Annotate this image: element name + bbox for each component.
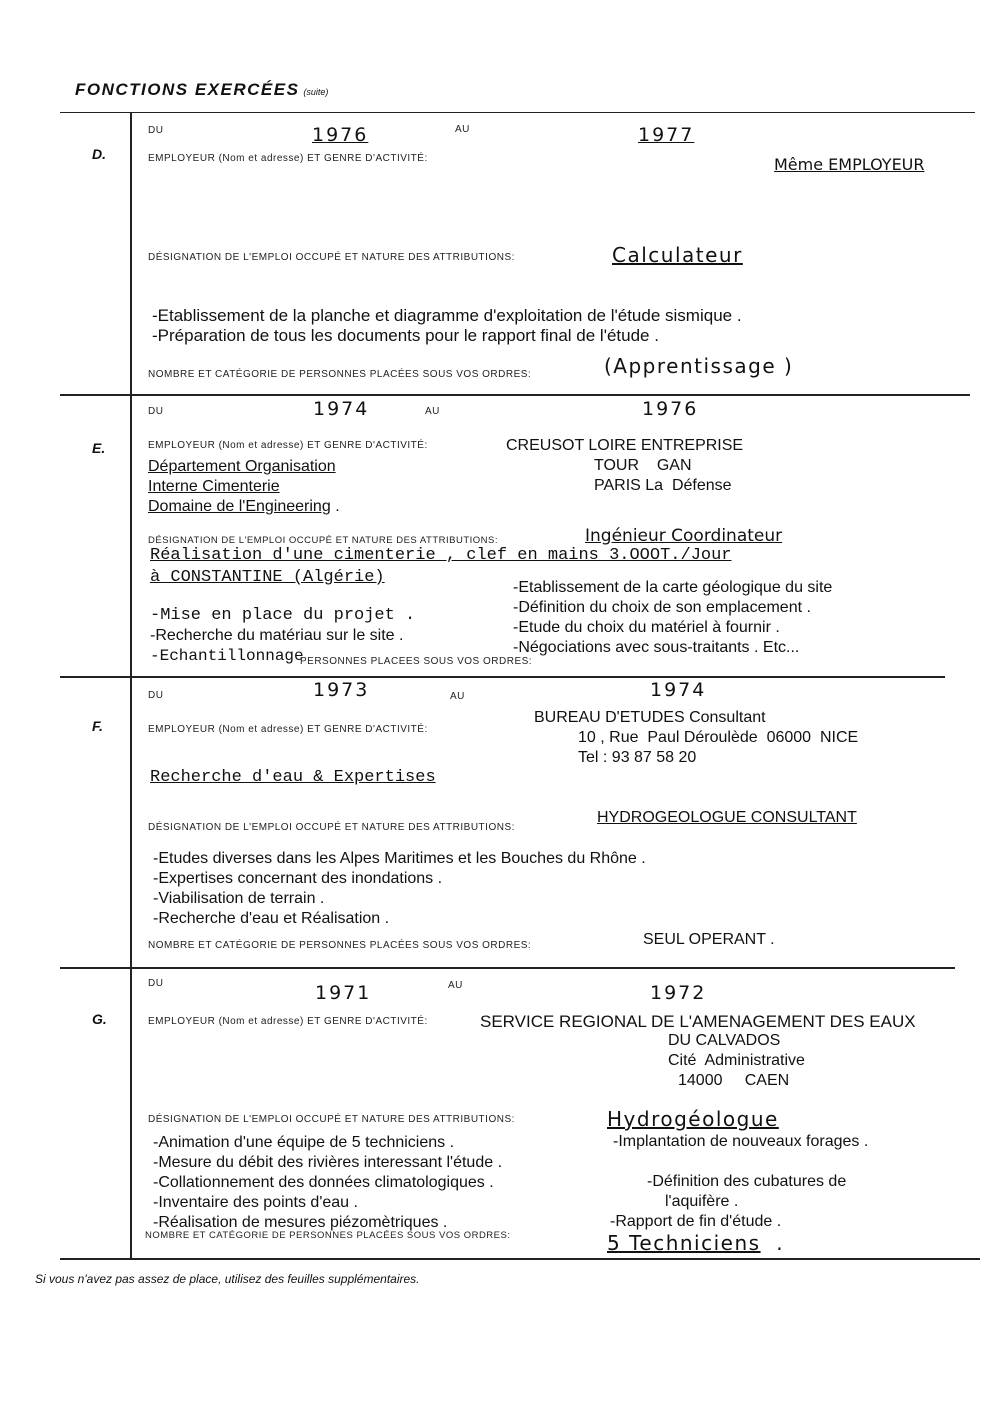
duty-item: -Préparation de tous les documents pour … (152, 326, 742, 346)
divider (130, 112, 132, 1260)
duty-item: -Définition du choix de son emplacement … (513, 598, 832, 618)
to-year: 1974 (650, 679, 706, 701)
from-label: DU (148, 406, 163, 417)
employer-address: Cité Administrative (668, 1052, 805, 1070)
to-year: 1972 (650, 982, 706, 1004)
divider (60, 112, 975, 113)
duty-item: -Négociations avec sous-traitants . Etc.… (513, 638, 832, 658)
divider (60, 1258, 980, 1260)
duties-list: -Etablissement de la planche et diagramm… (152, 306, 742, 346)
job-title: Hydrogéologue (607, 1107, 779, 1131)
to-year: 1977 (638, 124, 694, 146)
designation-label: DÉSIGNATION DE L'EMPLOI OCCUPÉ ET NATURE… (148, 822, 515, 833)
employer-address: 14000 CAEN (678, 1072, 789, 1090)
divider (60, 394, 970, 396)
job-title: Ingénieur Coordinateur (585, 526, 782, 546)
from-year: 1976 (312, 124, 368, 146)
job-title: Calculateur (612, 243, 743, 267)
employer-value: Même EMPLOYEUR (774, 155, 925, 174)
staff-value: 5 Techniciens . (607, 1231, 784, 1255)
duty-item: -Animation d'une équipe de 5 techniciens… (153, 1133, 502, 1153)
duties-left: -Animation d'une équipe de 5 techniciens… (153, 1133, 502, 1233)
duty-item: -Etude du choix du matériel à fournir . (513, 618, 832, 638)
form-title: FONCTIONS EXERCÉES(suite) (75, 80, 328, 100)
activity-value: Recherche d'eau & Expertises (150, 768, 436, 787)
job-title: HYDROGEOLOGUE CONSULTANT (597, 809, 857, 827)
employer-address: PARIS La Défense (594, 477, 732, 495)
staff-value: SEUL OPERANT . (643, 931, 775, 949)
employer-name: CREUSOT LOIRE ENTREPRISE (506, 437, 743, 455)
from-label: DU (148, 125, 163, 136)
duty-item: -Implantation de nouveaux forages . (613, 1133, 868, 1151)
staff-label: PERSONNES PLACEES SOUS VOS ORDRES: (300, 656, 532, 667)
staff-label: NOMBRE ET CATÉGORIE DE PERSONNES PLACÉES… (148, 940, 531, 951)
duty-item: -Recherche du matériau sur le site . (150, 626, 415, 646)
duties-list: -Etudes diverses dans les Alpes Maritime… (153, 849, 646, 929)
duty-item: -Collationnement des données climatologi… (153, 1173, 502, 1193)
employer-label: EMPLOYEUR (Nom et adresse) ET GENRE D'AC… (148, 1016, 428, 1027)
duties-right: -Etablissement de la carte géologique du… (513, 578, 832, 658)
employer-label: EMPLOYEUR (Nom et adresse) ET GENRE D'AC… (148, 440, 428, 451)
duty-item: -Viabilisation de terrain . (153, 889, 646, 909)
from-label: DU (148, 690, 163, 701)
to-label: AU (455, 124, 470, 135)
duty-item: -Etablissement de la carte géologique du… (513, 578, 832, 598)
designation-label: DÉSIGNATION DE L'EMPLOI OCCUPÉ ET NATURE… (148, 535, 498, 546)
employer-address: 10 , Rue Paul Déroulède 06000 NICE (578, 729, 858, 747)
duty-item: -Inventaire des points d'eau . (153, 1193, 502, 1213)
employer-label: EMPLOYEUR (Nom et adresse) ET GENRE D'AC… (148, 724, 428, 735)
duty-item: -Rapport de fin d'étude . (610, 1213, 781, 1231)
designation-label: DÉSIGNATION DE L'EMPLOI OCCUPÉ ET NATURE… (148, 1114, 515, 1125)
employer-name: SERVICE REGIONAL DE L'AMENAGEMENT DES EA… (480, 1012, 916, 1032)
section-letter: E. (92, 440, 105, 456)
employer-phone: Tel : 93 87 58 20 (578, 749, 696, 767)
employer-name-cont: DU CALVADOS (668, 1032, 780, 1050)
to-label: AU (425, 406, 440, 417)
section-letter: G. (92, 1011, 107, 1027)
divider (60, 967, 955, 969)
staff-label: NOMBRE ET CATÉGORIE DE PERSONNES PLACÉES… (145, 1230, 510, 1241)
section-letter: D. (92, 146, 106, 162)
duty-item: -Mesure du débit des rivières interessan… (153, 1153, 502, 1173)
to-label: AU (450, 691, 465, 702)
employer-name: BUREAU D'ETUDES Consultant (534, 709, 766, 727)
duty-item: -Définition des cubatures de (647, 1173, 846, 1191)
activity-line: Interne Cimenterie (148, 477, 340, 497)
section-letter: F. (92, 718, 103, 734)
activity-list: Département Organisation Interne Cimente… (148, 457, 340, 517)
employer-label: EMPLOYEUR (Nom et adresse) ET GENRE D'AC… (148, 153, 428, 164)
project-line: à CONSTANTINE (Algérie) (150, 568, 385, 587)
duty-item: -Recherche d'eau et Réalisation . (153, 909, 646, 929)
staff-label: NOMBRE ET CATÉGORIE DE PERSONNES PLACÉES… (148, 369, 531, 380)
duty-item: -Expertises concernant des inondations . (153, 869, 646, 889)
staff-value: (Apprentissage ) (604, 354, 793, 378)
duty-item: -Etudes diverses dans les Alpes Maritime… (153, 849, 646, 869)
duty-item: -Etablissement de la planche et diagramm… (152, 306, 742, 326)
duty-item: l'aquifère . (665, 1193, 738, 1211)
from-year: 1974 (313, 398, 369, 420)
divider (60, 676, 945, 678)
punctuation: . (335, 498, 339, 515)
project-line: Réalisation d'une cimenterie , clef en m… (150, 546, 732, 565)
to-label: AU (448, 980, 463, 991)
employer-address: TOUR GAN (594, 457, 692, 475)
activity-line: Domaine de l'Engineering (148, 498, 331, 515)
from-year: 1973 (313, 679, 369, 701)
footer-note: Si vous n'avez pas assez de place, utili… (35, 1272, 420, 1286)
to-year: 1976 (642, 398, 698, 420)
designation-label: DÉSIGNATION DE L'EMPLOI OCCUPÉ ET NATURE… (148, 252, 515, 263)
from-label: DU (148, 978, 163, 989)
from-year: 1971 (315, 982, 371, 1004)
activity-line: Département Organisation (148, 457, 340, 477)
duty-item: -Mise en place du projet . (150, 606, 415, 626)
